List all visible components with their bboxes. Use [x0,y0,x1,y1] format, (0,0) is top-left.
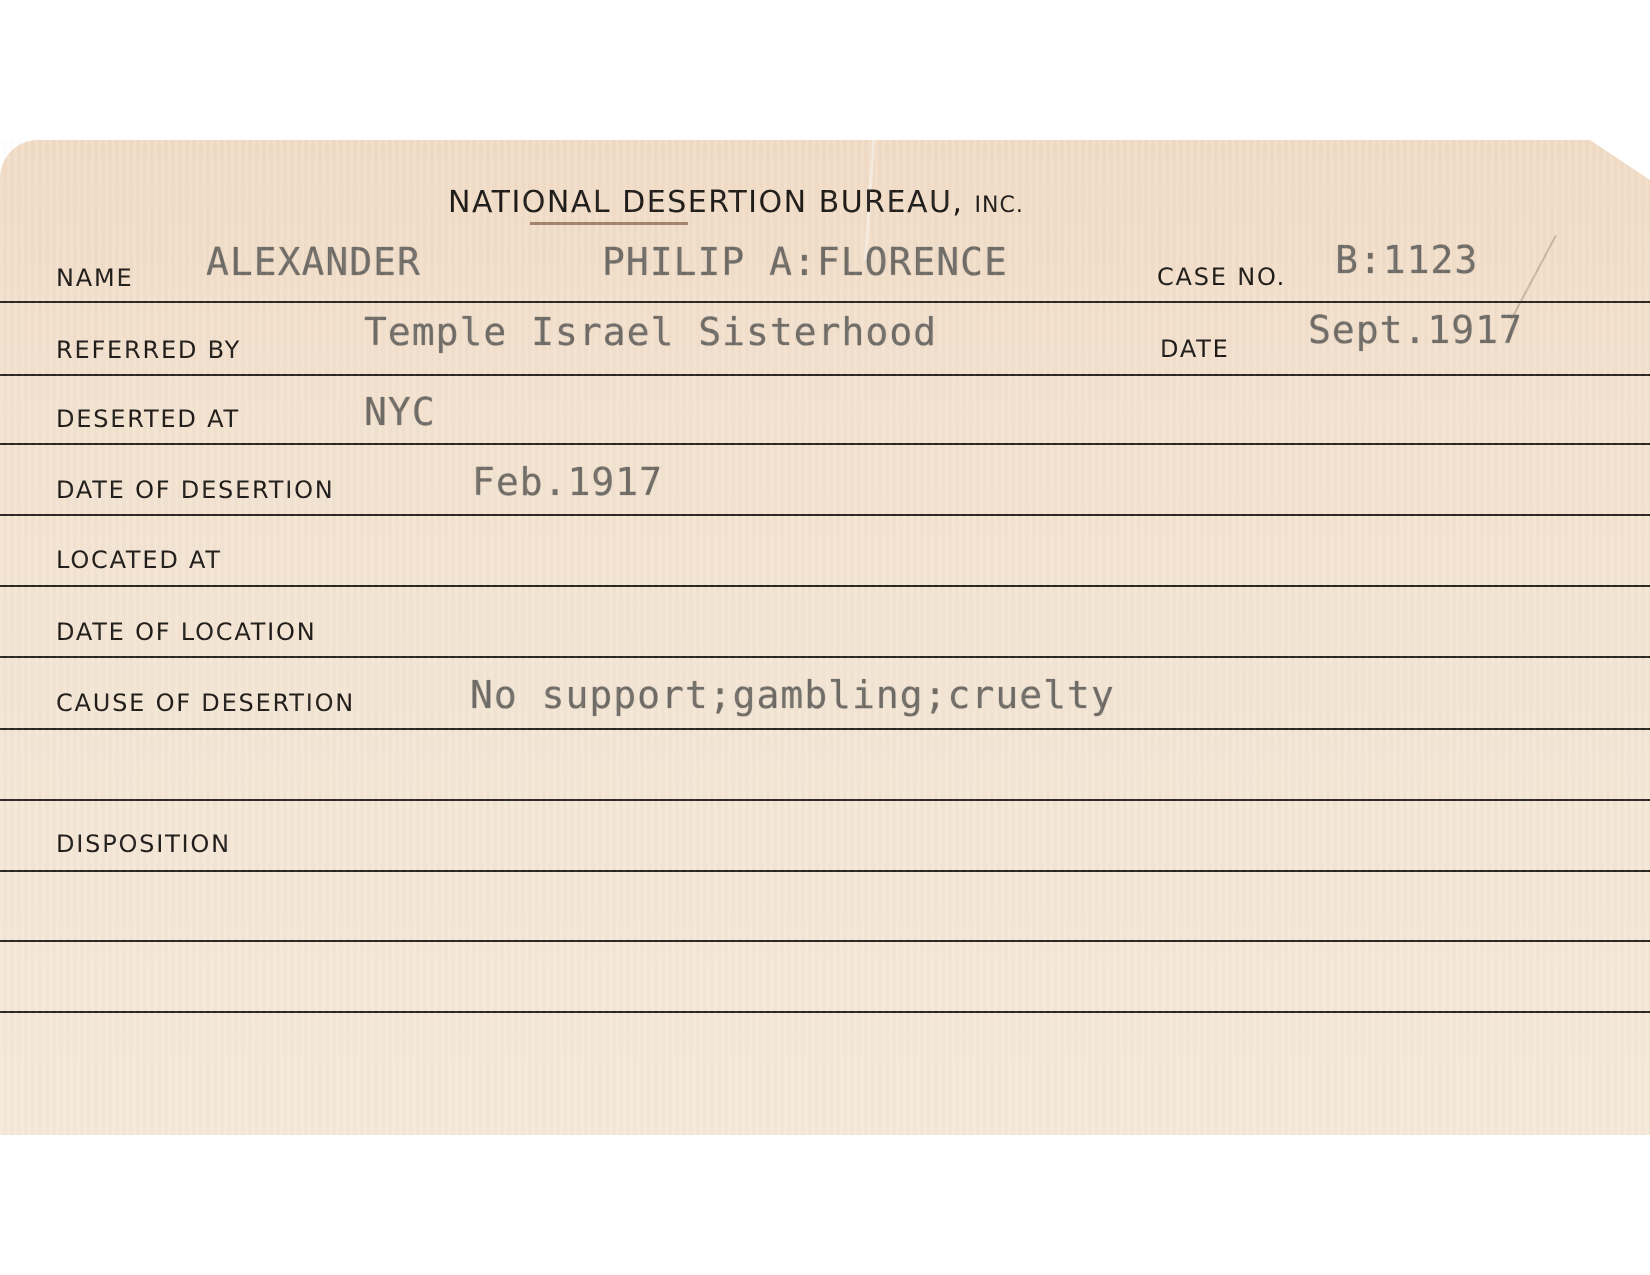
card-title-suffix: INC. [975,193,1024,218]
rule-line [0,799,1650,801]
title-underline-mark [530,222,688,225]
cause-of-desertion-value: No support;gambling;cruelty [470,673,1115,717]
rule-line [0,374,1650,376]
rule-line [0,728,1650,730]
date-of-desertion-value: Feb.1917 [472,460,663,504]
deserted-at-value: NYC [364,390,436,434]
name-surname-value: ALEXANDER [206,240,421,284]
date-of-desertion-label: DATE OF DESERTION [56,476,335,504]
card-title: NATIONAL DESERTION BUREAU, INC. [448,185,1024,220]
date-of-location-label: DATE OF LOCATION [56,618,317,646]
card-title-text: NATIONAL DESERTION BUREAU, [448,185,963,220]
date-value: Sept.1917 [1308,308,1523,352]
case-no-label: CASE NO. [1157,263,1286,291]
desertion-index-card: NATIONAL DESERTION BUREAU, INC. NAME ALE… [0,140,1650,1135]
rule-line [0,585,1650,587]
name-given-value: PHILIP A:FLORENCE [602,240,1008,284]
disposition-label: DISPOSITION [56,830,231,858]
rule-line [0,301,1650,303]
rule-line [0,1011,1650,1013]
rule-line [0,514,1650,516]
date-label: DATE [1160,335,1230,363]
referred-by-value: Temple Israel Sisterhood [364,310,937,354]
cause-of-desertion-label: CAUSE OF DESERTION [56,689,355,717]
case-no-value: B:1123 [1335,238,1478,282]
deserted-at-label: DESERTED AT [56,405,240,433]
rule-line [0,870,1650,872]
rule-line [0,656,1650,658]
rule-line [0,443,1650,445]
rule-line [0,940,1650,942]
located-at-label: LOCATED AT [56,546,222,574]
name-label: NAME [56,264,133,292]
referred-by-label: REFERRED BY [56,336,241,364]
